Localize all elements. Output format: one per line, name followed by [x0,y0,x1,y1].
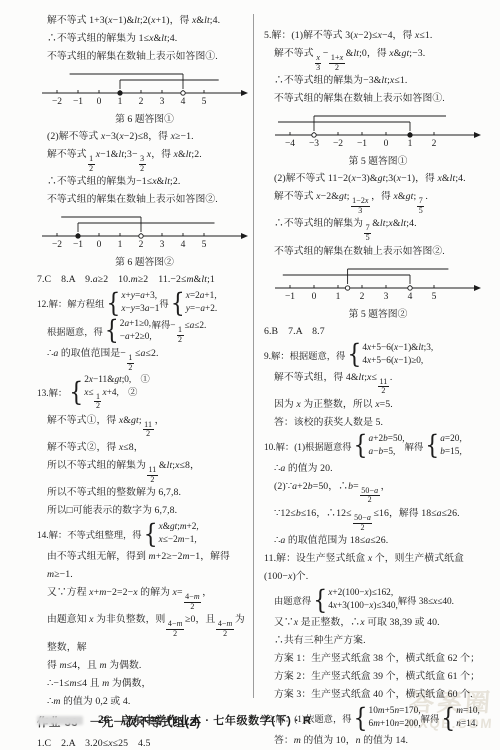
svg-text:0: 0 [384,139,389,149]
number-line-figure: −1012345第 5 题答图② [274,263,482,321]
page-number: 26 [98,714,110,726]
equation-system-line: 由题意得{x+2(100−x)≤162,4x+3(100−x)≤340,解得 3… [264,587,492,613]
brace-group: {10m+5n=170,6m+10n=200, [352,705,421,731]
brace-group: {x&gt;m+2,x≤−2m−1, [142,521,199,547]
svg-text:−2: −2 [51,97,61,107]
number-line-svg: −2−1012345 [41,68,249,108]
right-answer-column: 5.解：(1)解不等式 3(x−2)≤x−4，得 x≤1.解不等式x3−1+x2… [264,27,492,750]
number-line-figure: −2−1012345第 6 题答图② [41,211,249,269]
answer-line: ∴不等式组的解集为 1≤x&lt;4. [37,30,252,48]
answer-line: 6.B 7.A 8.7 [264,323,492,341]
brace-row: 10m+5n=170, [369,705,421,718]
equation-system-line: 12.解：解方程组{x+y=a+3,x−y=3a−1得{x=2a+1,y=−a+… [37,290,252,316]
brace-row: m=10, [456,705,480,718]
svg-text:−1: −1 [72,97,82,107]
fraction: 32 [139,155,146,173]
answer-line: (2)∵a+2b=50，∴b=50−a2， [264,478,492,505]
answer-line: 答：该校的获奖人数是 5. [264,414,492,432]
answer-line: 1.C 2.A 3.20≤x≤25 4.5 [37,735,252,750]
answer-line: 解不等式①，得 x&gt;112， [37,412,252,439]
left-brace: { [347,340,361,370]
answer-line: 所以□可能表示的数字为 6,7,8. [37,502,252,520]
brace-group: {x+2(100−x)≤162,4x+3(100−x)≤340, [311,587,398,613]
answer-line: 不等式组的解集在数轴上表示如答图①. [264,90,492,108]
answer-line: 所以不等式组的整数解为 6,7,8. [37,484,252,502]
brace-row: x−y=3a−1 [121,303,159,316]
svg-text:5: 5 [201,97,206,107]
svg-text:−1: −1 [72,240,82,250]
equation-text: 9.解：根据题意，得 [264,348,345,362]
fraction: 50−a2 [353,514,373,532]
fraction: 112 [378,378,389,396]
svg-text:4: 4 [180,97,185,107]
answer-line: 解不等式 1+3(x−1)&lt;2(x+1)，得 x&lt;4. [37,12,252,30]
svg-text:1: 1 [117,97,122,107]
svg-text:0: 0 [312,292,317,302]
answer-line: 不等式组的解集在数轴上表示如答图①. [37,48,252,66]
svg-text:4: 4 [408,292,413,302]
brace-row: −a+2≥0, [120,331,152,344]
equation-text: 12.解：解方程组 [37,296,104,310]
brace-row: b=15, [440,446,462,459]
brace-group: {x+y=a+3,x−y=3a−1 [104,290,159,316]
answer-line: 不等式组的解集在数轴上表示如答图②. [37,191,252,209]
fraction: 112 [147,466,158,484]
brace-row: 4x+5−6(x−1)≥0, [362,355,433,368]
answer-line: ∴不等式组的解集为−3&lt;x≤1. [264,72,492,90]
answer-line: 答：m 的值为 10，n 的值为 14. [264,732,492,750]
answer-line: ∴不等式组的解集为−1≤x&lt;2. [37,173,252,191]
brace-row: 4x+3(100−x)≤340, [328,600,398,613]
left-brace: { [144,519,158,549]
answer-line: ∴a 的取值范围为 18≤a≤26. [264,532,492,550]
svg-text:−3: −3 [309,139,319,149]
answer-line: 5.解：(1)解不等式 3(x−2)≤x−4，得 x≤1. [264,27,492,45]
brace-row: x&gt;m+2, [159,521,199,534]
answer-line: ∵12≤b≤16，∴12≤50−a2≤16，解得 18≤a≤26. [264,505,492,532]
equation-text: 得 [159,296,168,310]
brace-group: {a=20,b=15, [423,433,462,459]
brace-group: {2a+1≥0,−a+2≥0, [103,318,152,344]
left-brace: { [441,703,455,733]
brace-row: x≤12x+4, ② [84,387,150,411]
left-brace: { [425,431,439,461]
left-brace: { [313,585,327,615]
brace-row: 2x−11&gt;0, ① [84,374,150,387]
svg-text:1: 1 [117,240,122,250]
brace-row: a+2b=50, [369,433,405,446]
brace-group: {m=10,n=14. [439,705,480,731]
left-brace: { [354,703,368,733]
answer-line: 由题意知 x 为非负整数，则4−m2≥0，且4−m2为整数，解 [37,611,252,656]
answer-line: 11.解：设生产竖式纸盒 x 个，则生产横式纸盒(100−x)个. [264,550,492,586]
svg-text:−4: −4 [285,139,295,149]
left-brace: { [354,431,368,461]
answer-line: 所以不等式组的解集为112&lt;x≤8， [37,457,252,484]
equation-text: 13.解： [37,385,67,399]
book-title: 启东中学作业本 · 七年级数学(下) · R [121,712,312,728]
answer-line: ∴−1≤m≤4 且 m 为偶数， [37,675,252,693]
equation-text: 14.解：不等式组整理，得 [37,527,142,541]
fraction: 4−m2 [184,593,202,611]
fraction: 4−m2 [216,620,234,638]
answer-line: 因为 x 为正整数，所以 x=5. [264,396,492,414]
answer-line: 不等式组的解集在数轴上表示如答图②. [264,243,492,261]
left-brace: { [105,316,119,346]
answer-line: 方案 1：生产竖式纸盒 38 个，横式纸盒 62 个； [264,650,492,668]
equation-text: 10.解：(1)根据题意得 [264,439,352,453]
number-line-svg: −1012345 [274,263,482,303]
answer-line: (2)解不等式 11−2(x−3)&gt;3(x−1)，得 x&lt;4. [264,170,492,188]
brace-row: x=2a+1, [186,290,218,303]
left-brace: { [106,288,120,318]
svg-text:5: 5 [201,240,206,250]
brace-group: {x=2a+1,y=−a+2. [169,290,218,316]
brace-row: n=14. [456,718,480,731]
number-line-svg: −2−1012345 [41,211,249,251]
answer-line: 方案 2：生产竖式纸盒 39 个，横式纸盒 61 个； [264,668,492,686]
figure-caption: 第 5 题答图② [274,308,482,321]
svg-text:4: 4 [180,240,185,250]
page-footer: 26 启东中学作业本 · 七年级数学(下) · R [37,712,312,728]
svg-text:−2: −2 [51,240,61,250]
svg-text:2: 2 [360,292,365,302]
fraction: 12 [177,326,184,344]
brace-row: 4x+5−6(x−1)&lt;3, [362,342,433,355]
answer-line: ∴a 的取值范围是−12≤a≤2. [37,345,252,372]
svg-text:2: 2 [432,139,437,149]
svg-text:2: 2 [138,240,143,250]
svg-text:3: 3 [384,292,389,302]
brace-group: {a+2b=50,a−b=5, [352,433,405,459]
brace-group: {2x−11&gt;0, ①x≤12x+4, ② [67,374,150,411]
fraction: 112 [143,421,154,439]
fraction: 4−m2 [166,620,184,638]
answer-line: (2)解不等式 x−3(x−2)≤8，得 x≥−1. [37,128,252,146]
equation-text: 根据题意，得 [47,324,103,338]
svg-text:−2: −2 [333,139,343,149]
brace-row: x+2(100−x)≤162, [328,587,398,600]
fraction: x3 [315,54,322,72]
answer-line: 由不等式组无解，得到 m+2≥−2m−1，解得 m≥−1. [37,548,252,584]
brace-group: {4x+5−6(x−1)&lt;3,4x+5−6(x−1)≥0, [345,342,433,368]
fraction: 12 [94,393,101,411]
number-line-svg: −4−3−2−1012 [274,110,482,150]
publisher-stamp-blur [37,716,83,725]
fraction: 1+x2 [329,54,344,72]
number-line-figure: −4−3−2−1012第 5 题答图① [274,110,482,168]
fraction: 75 [417,197,424,215]
fraction: 12 [127,354,134,372]
equation-text: 解得 38≤x≤40. [398,593,454,607]
figure-caption: 第 5 题答图① [274,155,482,168]
brace-row: x+y=a+3, [121,290,159,303]
svg-text:1: 1 [336,292,341,302]
svg-text:0: 0 [96,97,101,107]
brace-row: y=−a+2. [186,303,218,316]
answer-line: ∴共有三种生产方案. [264,632,492,650]
answer-line: ∴a 的值为 20. [264,460,492,478]
left-answer-column: 解不等式 1+3(x−1)&lt;2(x+1)，得 x&lt;4.∴不等式组的解… [37,12,252,750]
answer-line: 又∵x 是正整数，∴x 可取 38,39 或 40. [264,614,492,632]
svg-text:−1: −1 [357,139,367,149]
brace-row: a=20, [440,433,462,446]
brace-row: 6m+10n=200, [369,718,421,731]
left-brace: { [171,288,185,318]
answer-line: 解不等式12x−1&lt;3−32x，得 x&lt;2. [37,146,252,173]
left-brace: { [69,377,83,407]
answer-line: 得 m≤4，且 m 为偶数. [37,657,252,675]
equation-system-line: 14.解：不等式组整理，得{x&gt;m+2,x≤−2m−1, [37,521,252,547]
answer-line: 解不等式组，得 4&lt;x≤112. [264,369,492,396]
svg-text:0: 0 [96,240,101,250]
equation-text: 解得 [405,439,424,453]
number-line-figure: −2−1012345第 6 题答图① [41,68,249,126]
brace-row: 2a+1≥0, [120,318,152,331]
workbook-answer-page: 解不等式 1+3(x−1)&lt;2(x+1)，得 x&lt;4.∴不等式组的解… [0,0,500,750]
figure-caption: 第 6 题答图② [41,256,249,269]
svg-text:3: 3 [159,97,164,107]
equation-text: 解得−12≤a≤2. [152,317,207,344]
equation-system-line: 13.解：{2x−11&gt;0, ①x≤12x+4, ② [37,374,252,411]
fraction: 75 [364,224,371,242]
equation-system-line: 9.解：根据题意，得{4x+5−6(x−1)&lt;3,4x+5−6(x−1)≥… [264,342,492,368]
answer-line: 7.C 8.A 9.a≥2 10.m≥2 11.−2≤m&lt;1 [37,271,252,289]
answer-line: 又∵方程 x+m−2=2−x 的解为 x=4−m2， [37,584,252,611]
figure-caption: 第 6 题答图① [41,113,249,126]
equation-text: 由题意得 [274,593,311,607]
svg-text:5: 5 [432,292,437,302]
answer-line: 方案 3：生产竖式纸盒 40 个，横式纸盒 60 个. [264,686,492,704]
svg-text:3: 3 [159,240,164,250]
svg-text:1: 1 [408,139,413,149]
fraction: 12 [88,155,95,173]
column-divider [253,14,254,698]
brace-row: a−b=5, [369,446,405,459]
answer-line: 解不等式x3−1+x2&lt;0，得 x&gt;−3. [264,45,492,72]
answer-line: ∴不等式组的解集为75&lt;x&lt;4. [264,215,492,242]
fraction: 50−a2 [360,487,380,505]
equation-text: 解得 [421,711,440,725]
svg-text:−1: −1 [285,292,295,302]
svg-text:2: 2 [138,97,143,107]
answer-line: 解不等式 x−2&gt;1−2x3，得 x&gt;75. [264,188,492,215]
equation-system-line: 10.解：(1)根据题意得{a+2b=50,a−b=5,解得{a=20,b=15… [264,433,492,459]
fraction: 1−2x3 [351,197,370,215]
equation-system-line: 根据题意，得{2a+1≥0,−a+2≥0,解得−12≤a≤2. [37,317,252,344]
brace-row: x≤−2m−1, [159,534,199,547]
answer-line: ∴m 的值为 0,2 或 4. [37,693,252,711]
answer-line: 解不等式②，得 x≤8， [37,439,252,457]
